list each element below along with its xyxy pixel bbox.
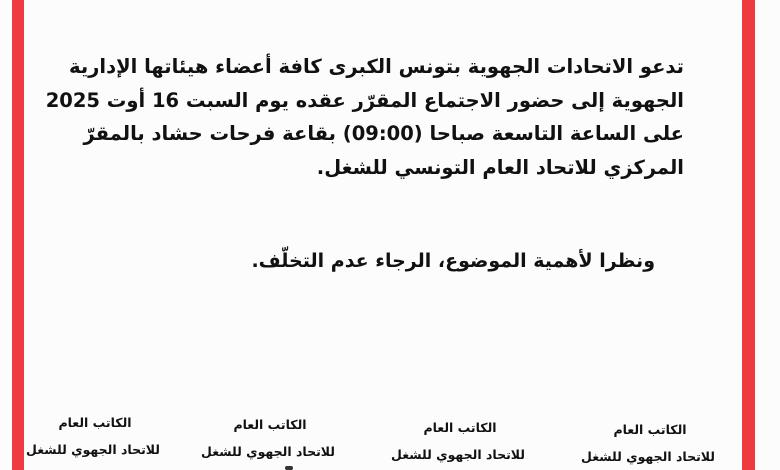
closing-sentence: ونظرا لأهمية الموضوع، الرجاء عدم التخلّف… bbox=[251, 250, 655, 272]
signature-org: للاتحاد الجهوي للشغل bbox=[585, 443, 715, 470]
announcement-body: تدعو الاتحادات الجهوية بتونس الكبرى كافة… bbox=[64, 50, 684, 184]
signature-org: للاتحاد الجهوي للشغل bbox=[205, 438, 335, 465]
signature-title: الكاتب العام bbox=[205, 411, 335, 438]
red-border-right bbox=[742, 0, 755, 470]
document-page: تدعو الاتحادات الجهوية بتونس الكبرى كافة… bbox=[0, 0, 780, 470]
signature-blocks: الكاتب العام للاتحاد الجهوي للشغل الكاتب… bbox=[0, 408, 780, 470]
signature-mark-fragment bbox=[285, 466, 293, 470]
signature-block-4: الكاتب العام للاتحاد الجهوي للشغل bbox=[30, 409, 160, 463]
signature-title: الكاتب العام bbox=[30, 409, 160, 436]
body-line-1: تدعو الاتحادات الجهوية بتونس الكبرى كافة… bbox=[64, 50, 684, 84]
body-line-4: المركزي للاتحاد العام التونسي للشغل. bbox=[64, 151, 684, 185]
signature-org: للاتحاد الجهوي للشغل bbox=[30, 436, 160, 463]
body-line-3: على الساعة التاسعة صباحا (09:00) بقاعة ف… bbox=[64, 117, 684, 151]
signature-block-1: الكاتب العام للاتحاد الجهوي للشغل bbox=[585, 416, 715, 470]
signature-block-3: الكاتب العام للاتحاد الجهوي للشغل bbox=[205, 411, 335, 465]
signature-title: الكاتب العام bbox=[395, 414, 525, 441]
red-border-left bbox=[12, 0, 24, 470]
body-line-2: الجهوية إلى حضور الاجتماع المقرّر عقده ي… bbox=[64, 84, 684, 118]
signature-title: الكاتب العام bbox=[585, 416, 715, 443]
signature-block-2: الكاتب العام للاتحاد الجهوي للشغل bbox=[395, 414, 525, 468]
signature-org: للاتحاد الجهوي للشغل bbox=[395, 441, 525, 468]
